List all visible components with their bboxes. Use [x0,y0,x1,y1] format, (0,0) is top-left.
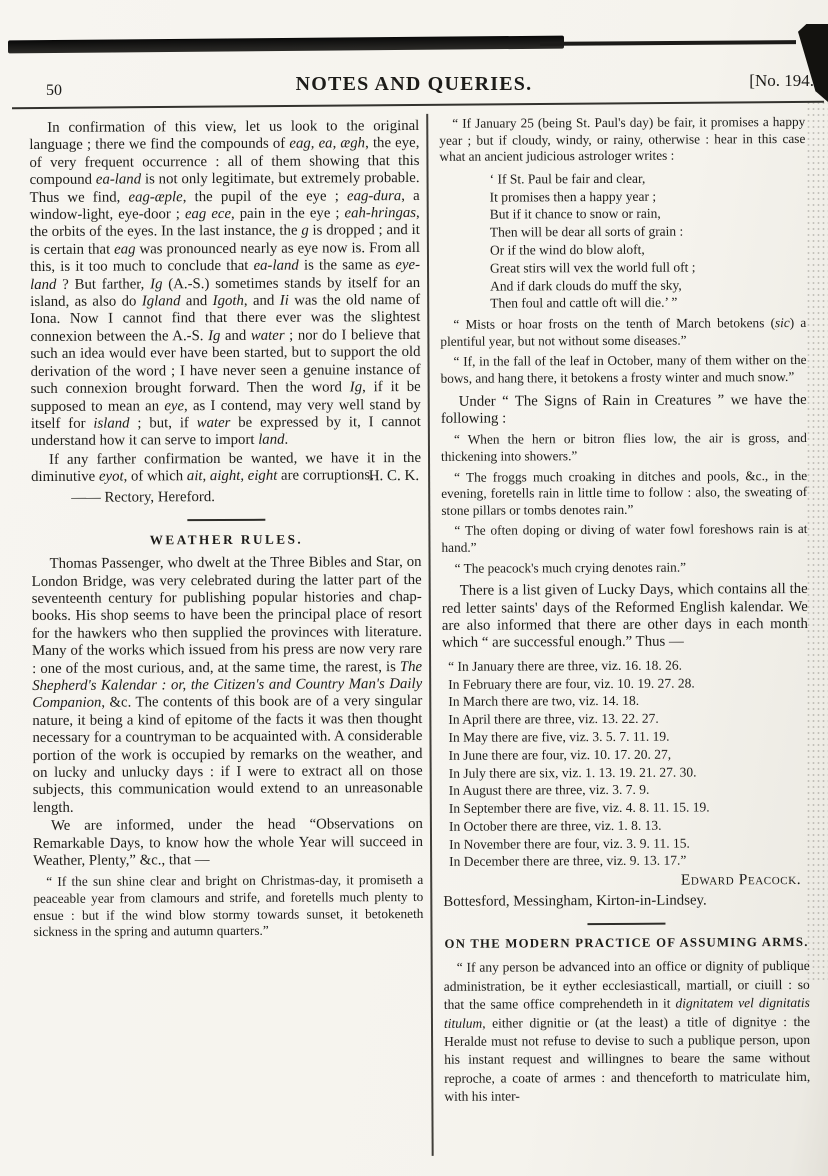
lucky-days-list: “ In January there are three, viz. 16. 1… [448,656,809,871]
quote-frogs-croaking: “ The froggs much croaking in ditches an… [441,467,807,519]
quote-christmas-day: “ If the sun shine clear and bright on C… [33,872,423,940]
lucky-days-intro: There is a list given of Lucky Days, whi… [442,581,808,653]
quote-water-fowl: “ The often doping or diving of water fo… [441,521,807,556]
article-dateline: —— Rectory, Hereford. [31,488,421,507]
assuming-arms-paragraph: “ If any person be advanced into an offi… [444,957,811,1106]
section-heading-assuming-arms: ON THE MODERN PRACTICE OF ASSUMING ARMS. [444,935,810,952]
quote-october-leaf: “ If, in the fall of the leaf in October… [440,352,806,387]
scan-artifact-band [8,36,564,54]
section-heading-weather-rules: WEATHER RULES. [31,531,421,549]
column-divider [426,114,433,1156]
signs-of-rain-intro: Under “ The Signs of Rain in Creatures ”… [441,391,807,428]
issue-number: [No. 194. [749,71,814,91]
left-column: In confirmation of this view, let us loo… [29,118,423,941]
section-divider-right [587,923,665,925]
right-column: “ If January 25 (being St. Paul's day) b… [439,114,810,1106]
scan-artifact-band-thin [540,40,796,46]
quote-peacock-crying: “ The peacock's much crying denotes rain… [442,558,808,577]
quote-hern-bitron: “ When the hern or bitron flies low, the… [441,430,807,465]
quote-march-frosts: “ Mists or hoar frosts on the tenth of M… [440,315,806,350]
signature-edward-peacock: Edward Peacock. [443,871,809,891]
quote-january-st-pauls: “ If January 25 (being St. Paul's day) b… [439,114,805,166]
weather-rules-paragraph-2: We are informed, under the head “Observa… [33,816,423,870]
weather-rules-paragraph-1: Thomas Passenger, who dwelt at the Three… [32,554,423,817]
article-paragraph-1: In confirmation of this view, let us loo… [29,118,421,451]
masthead-title: NOTES AND QUERIES. [0,73,828,96]
article-paragraph-2: If any farther confirmation be wanted, w… [31,450,421,487]
poem-st-paul: ‘ If St. Paul be fair and clear, It prom… [490,169,807,313]
header-rule [12,101,824,109]
scanned-page: 50 NOTES AND QUERIES. [No. 194. In confi… [0,0,828,1176]
text-columns: In confirmation of this view, let us loo… [0,112,828,1176]
address-line: Bottesford, Messingham, Kirton-in-Lindse… [443,892,809,911]
section-divider [187,519,265,521]
